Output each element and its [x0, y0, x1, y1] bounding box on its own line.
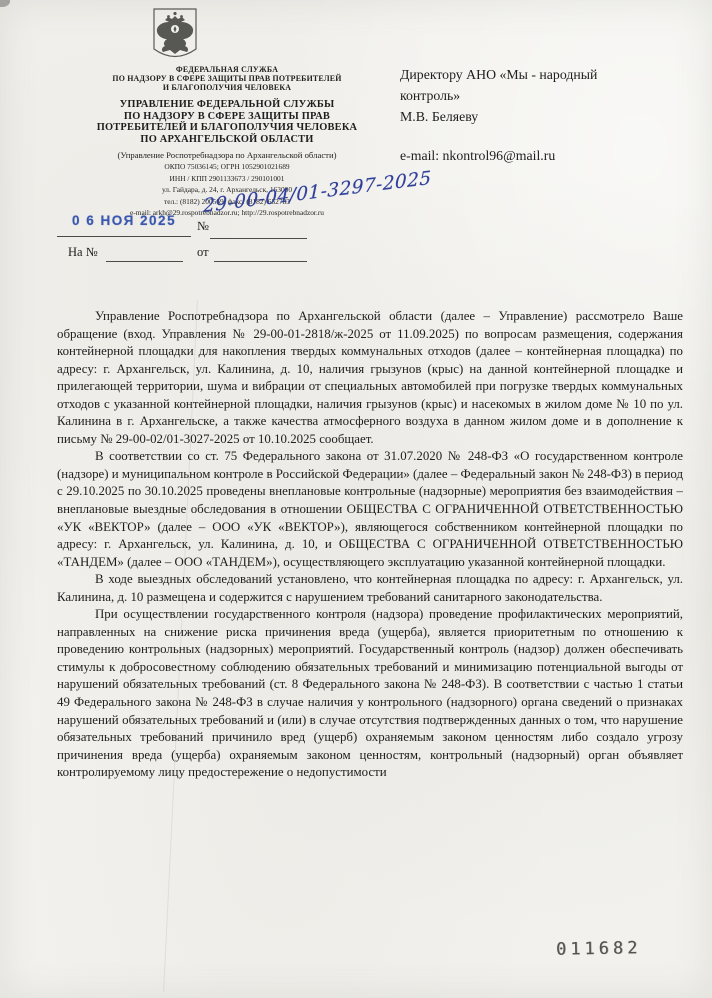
scanned-letter-page: ФЕДЕРАЛЬНАЯ СЛУЖБА ПО НАДЗОРУ В СФЕРЕ ЗА…	[0, 0, 712, 998]
body-paragraph: В ходе выездных обследований установлено…	[57, 571, 683, 606]
body-paragraph: В соответствии со ст. 75 Федерального за…	[57, 448, 683, 571]
recipient-block: Директору АНО «Мы - народный контроль» М…	[400, 64, 640, 166]
scan-corner-artifact	[0, 0, 10, 7]
department-short-name: (Управление Роспотребнадзора по Архангел…	[42, 150, 412, 160]
department-name-line: ПО АРХАНГЕЛЬСКОЙ ОБЛАСТИ	[42, 134, 412, 145]
department-name-line: ПО НАДЗОРУ В СФЕРЕ ЗАЩИТЫ ПРАВ	[42, 111, 412, 122]
federal-service-line: И БЛАГОПОЛУЧИЯ ЧЕЛОВЕКА	[42, 84, 412, 93]
incoming-date-stamp: 0 6 НОЯ 2025	[72, 213, 192, 228]
outgoing-number-label: №	[197, 219, 209, 234]
sheet-number-stamp: 011682	[556, 938, 642, 959]
date-underline	[57, 236, 191, 237]
okpo-ogrn-line: ОКПО 75036145; ОГРН 1052901021689	[42, 163, 412, 172]
department-name-line: УПРАВЛЕНИЕ ФЕДЕРАЛЬНОЙ СЛУЖБЫ	[42, 99, 412, 110]
number-underline	[210, 238, 307, 239]
body-paragraph: При осуществлении государственного контр…	[57, 606, 683, 781]
from-date-underline	[214, 261, 307, 262]
russia-coat-of-arms-icon	[151, 7, 199, 65]
recipient-name: М.В. Беляеву	[400, 106, 640, 127]
body-paragraph: Управление Роспотребнадзора по Архангель…	[57, 308, 683, 448]
letter-body: Управление Роспотребнадзора по Архангель…	[57, 308, 683, 782]
from-date-label: от	[197, 245, 209, 260]
incoming-reference-label: На №	[68, 245, 98, 260]
incoming-reference-underline	[106, 261, 183, 262]
recipient-title: Директору АНО «Мы - народный контроль»	[400, 64, 640, 106]
department-name-line: ПОТРЕБИТЕЛЕЙ И БЛАГОПОЛУЧИЯ ЧЕЛОВЕКА	[42, 122, 412, 133]
recipient-email: e-mail: nkontrol96@mail.ru	[400, 145, 640, 166]
